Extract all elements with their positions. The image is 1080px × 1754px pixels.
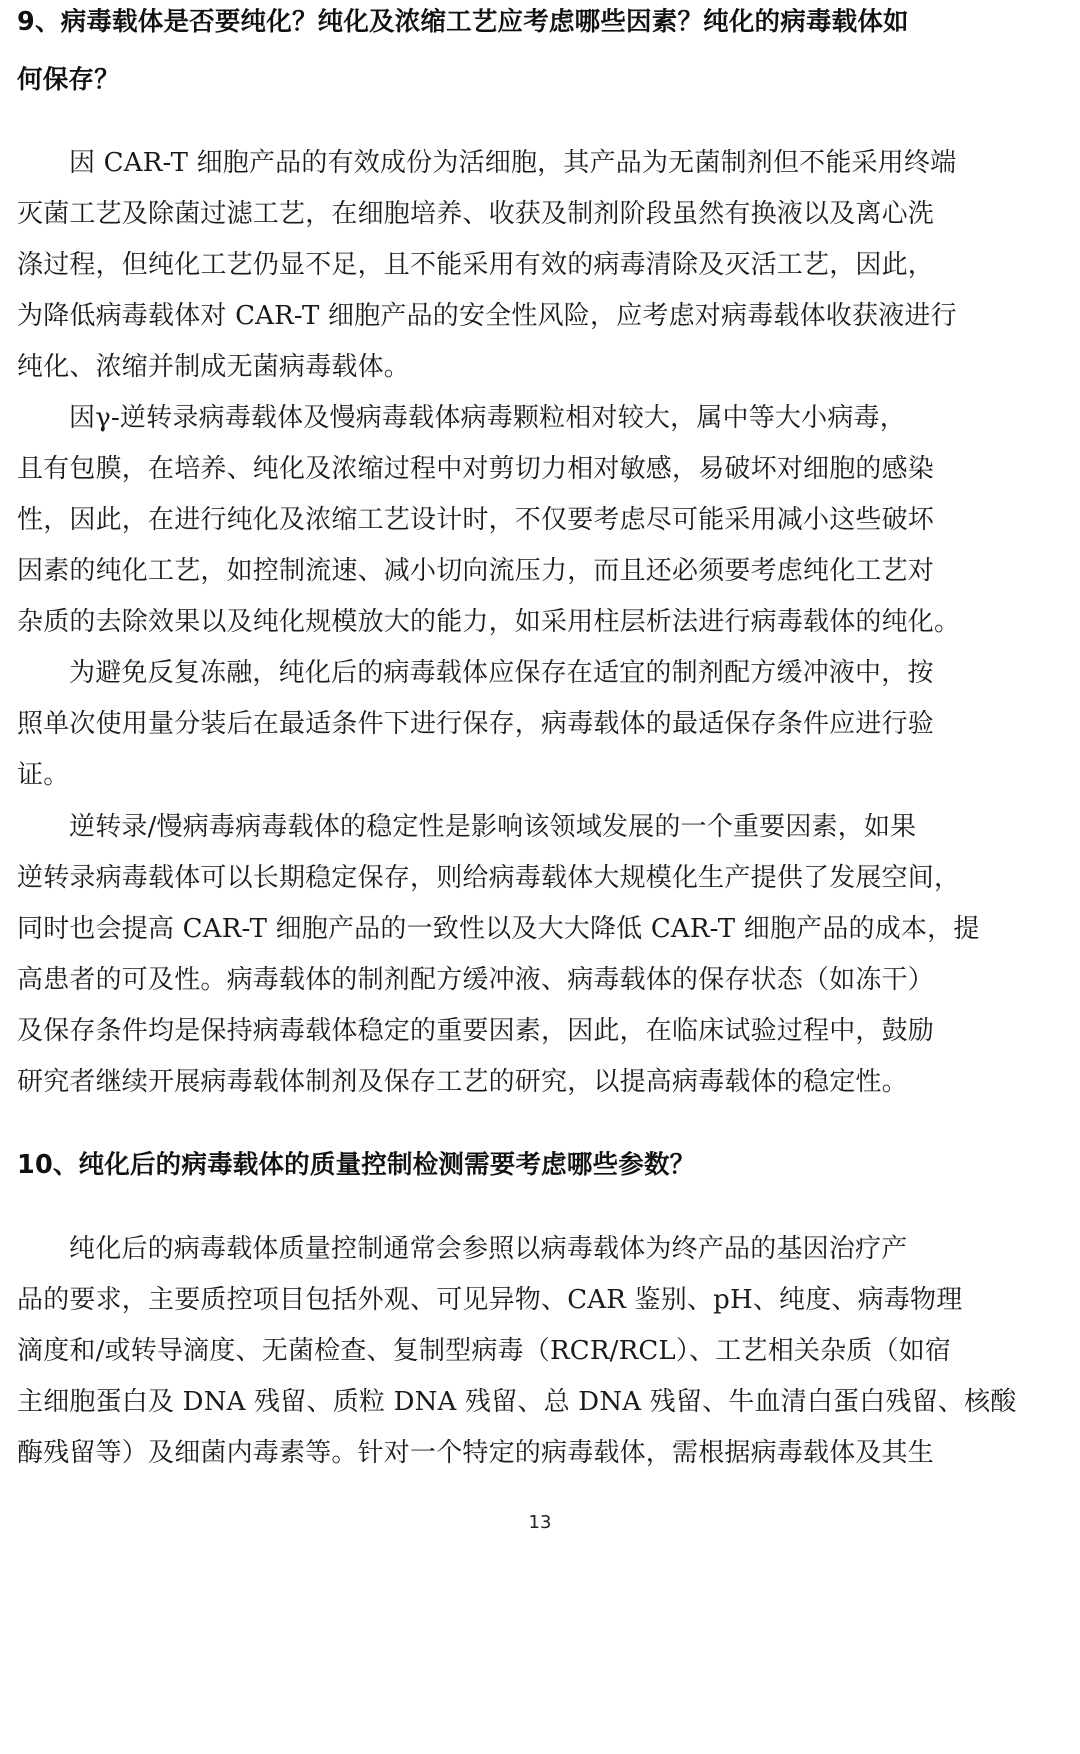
paragraph-line: 照单次使用量分装后在最适条件下进行保存，病毒载体的最适保存条件应进行验: [17, 704, 1037, 744]
paragraph-line: 灭菌工艺及除菌过滤工艺，在细胞培养、收获及制剂阶段虽然有换液以及离心洗: [17, 194, 1037, 234]
paragraph-line: 研究者继续开展病毒载体制剂及保存工艺的研究，以提高病毒载体的稳定性。: [17, 1062, 1037, 1102]
paragraph-line: 因γ-逆转录病毒载体及慢病毒载体病毒颗粒相对较大，属中等大小病毒，: [69, 398, 1037, 438]
paragraph-line: 纯化、浓缩并制成无菌病毒载体。: [17, 347, 1037, 387]
paragraph-line: 因素的纯化工艺，如控制流速、减小切向流压力，而且还必须要考虑纯化工艺对: [17, 551, 1037, 591]
paragraph-line: 主细胞蛋白及 DNA 残留、质粒 DNA 残留、总 DNA 残留、牛血清白蛋白残…: [17, 1382, 1037, 1422]
paragraph-line: 且有包膜，在培养、纯化及浓缩过程中对剪切力相对敏感，易破坏对细胞的感染: [17, 449, 1037, 489]
paragraph-line: 杂质的去除效果以及纯化规模放大的能力，如采用柱层析法进行病毒载体的纯化。: [17, 602, 1037, 642]
paragraph-line: 性，因此，在进行纯化及浓缩工艺设计时，不仅要考虑尽可能采用减小这些破坏: [17, 500, 1037, 540]
paragraph-line: 为避免反复冻融，纯化后的病毒载体应保存在适宜的制剂配方缓冲液中，按: [69, 653, 1037, 693]
section-9-heading-line-2: 何保存？: [17, 60, 1037, 100]
paragraph-line: 品的要求，主要质控项目包括外观、可见异物、CAR 鉴别、pH、纯度、病毒物理: [17, 1280, 1037, 1320]
paragraph-line: 证。: [17, 755, 1037, 795]
paragraph-line: 涤过程，但纯化工艺仍显不足，且不能采用有效的病毒清除及灭活工艺，因此，: [17, 245, 1037, 285]
paragraph-line: 同时也会提高 CAR-T 细胞产品的一致性以及大大降低 CAR-T 细胞产品的成…: [17, 909, 1037, 949]
paragraph-line: 为降低病毒载体对 CAR-T 细胞产品的安全性风险，应考虑对病毒载体收获液进行: [17, 296, 1037, 336]
paragraph-line: 高患者的可及性。病毒载体的制剂配方缓冲液、病毒载体的保存状态（如冻干）: [17, 960, 1037, 1000]
paragraph-line: 及保存条件均是保持病毒载体稳定的重要因素，因此，在临床试验过程中，鼓励: [17, 1011, 1037, 1051]
section-10-heading: 10、纯化后的病毒载体的质量控制检测需要考虑哪些参数？: [17, 1145, 1037, 1185]
paragraph-line: 滴度和/或转导滴度、无菌检查、复制型病毒（RCR/RCL）、工艺相关杂质（如宿: [17, 1331, 1037, 1371]
paragraph-line: 纯化后的病毒载体质量控制通常会参照以病毒载体为终产品的基因治疗产: [69, 1229, 1037, 1269]
paragraph-line: 酶残留等）及细菌内毒素等。针对一个特定的病毒载体，需根据病毒载体及其生: [17, 1433, 1037, 1473]
page-number: 13: [0, 1512, 1080, 1533]
document-page: 9、病毒载体是否要纯化？纯化及浓缩工艺应考虑哪些因素？纯化的病毒载体如 何保存？…: [0, 0, 1080, 1754]
paragraph-line: 逆转录/慢病毒病毒载体的稳定性是影响该领域发展的一个重要因素，如果: [69, 807, 1037, 847]
section-9-heading-line-1: 9、病毒载体是否要纯化？纯化及浓缩工艺应考虑哪些因素？纯化的病毒载体如: [17, 2, 1037, 42]
paragraph-line: 逆转录病毒载体可以长期稳定保存，则给病毒载体大规模化生产提供了发展空间，: [17, 858, 1037, 898]
paragraph-line: 因 CAR-T 细胞产品的有效成份为活细胞，其产品为无菌制剂但不能采用终端: [69, 143, 1037, 183]
